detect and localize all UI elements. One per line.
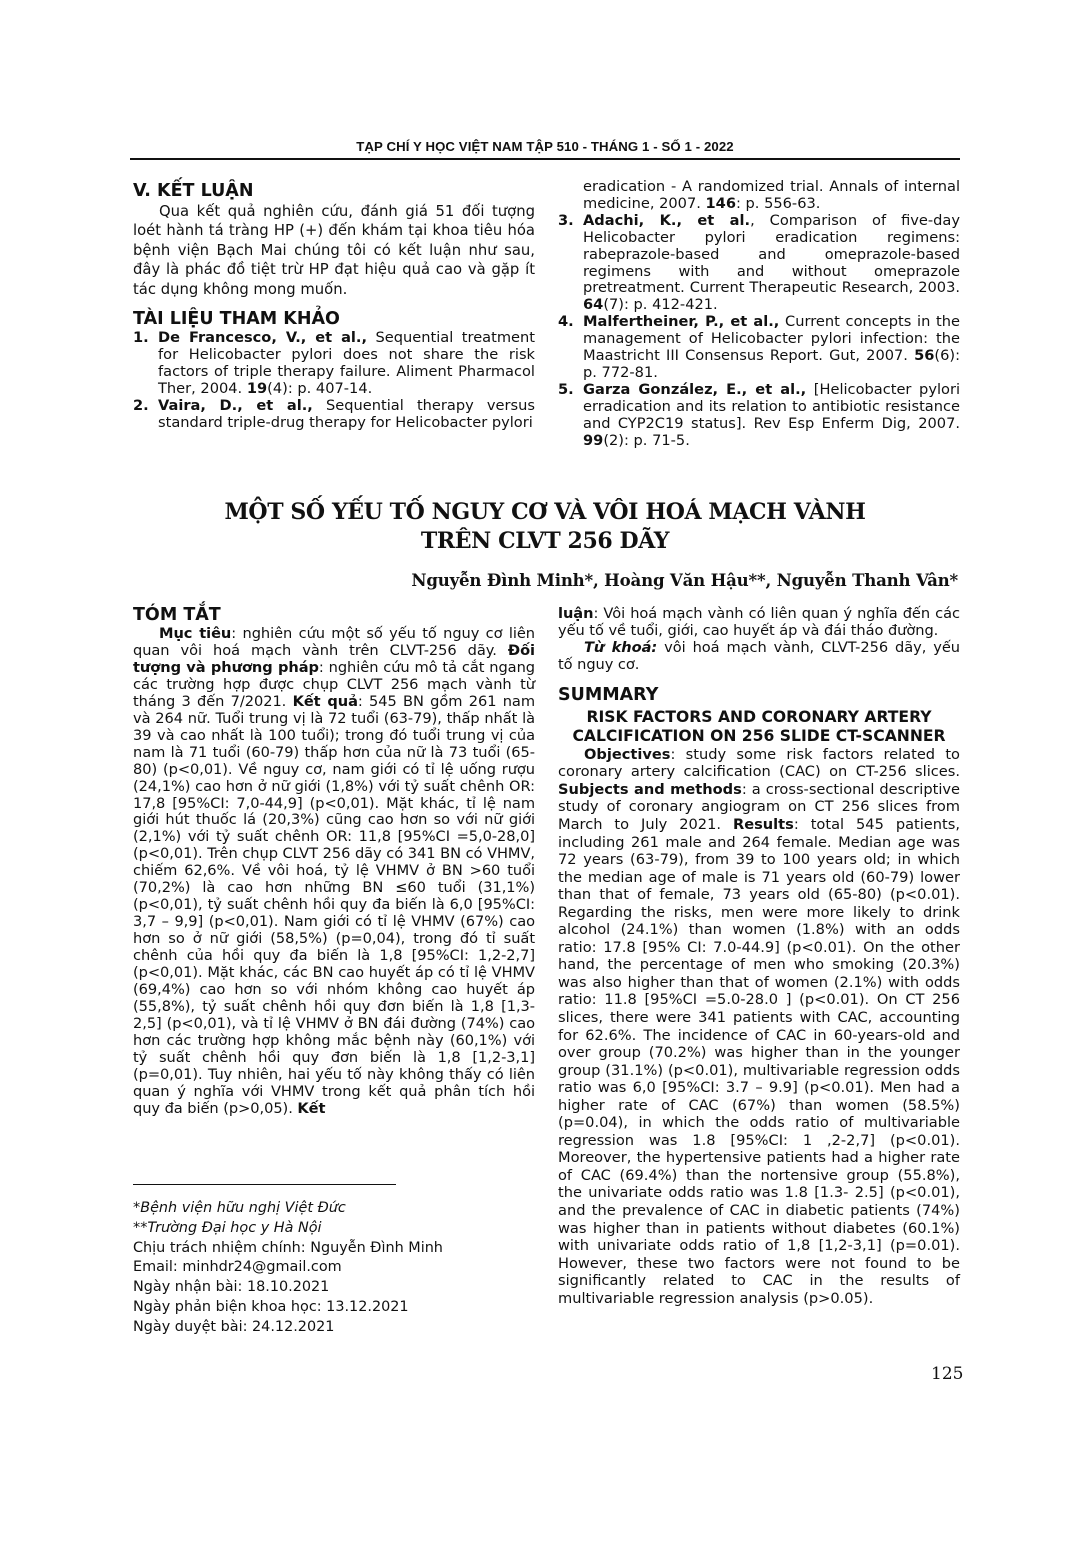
running-header: TẠP CHÍ Y HỌC VIỆT NAM TẬP 510 - THÁNG 1… <box>130 139 960 154</box>
summary-title: RISK FACTORS AND CORONARY ARTERY CALCIFI… <box>558 708 960 746</box>
summary-title-line1: RISK FACTORS AND CORONARY ARTERY <box>558 708 960 727</box>
references-heading: TÀI LIỆU THAM KHẢO <box>133 308 535 330</box>
reference-authors: Malfertheiner, P., et al., <box>583 313 779 330</box>
left-column-top: V. KẾT LUẬN Qua kết quả nghiên cứu, đánh… <box>133 180 535 431</box>
reference-pages: (7): p. 412-421. <box>603 296 717 313</box>
conclusion-heading: V. KẾT LUẬN <box>133 180 535 202</box>
reference-authors: Vaira, D., et al., <box>158 397 313 414</box>
reference-volume: 19 <box>247 380 267 397</box>
reference-volume: 146 <box>706 195 736 212</box>
results-label: Results <box>733 816 794 833</box>
corresponding-author: Chịu trách nhiệm chính: Nguyễn Đình Minh <box>133 1239 535 1259</box>
results-text: : total 545 patients, including 261 male… <box>558 816 960 1307</box>
reference-volume: 56 <box>914 347 934 364</box>
results-label: Kết quả <box>293 693 358 710</box>
affiliation-2: **Trường Đại học y Hà Nội <box>133 1219 535 1239</box>
footnote-rule <box>133 1184 396 1185</box>
conclusion-label: Kết <box>297 1100 325 1117</box>
references-list: 1.De Francesco, V., et al., Sequential t… <box>133 330 535 431</box>
reference-number: 5. <box>558 382 574 399</box>
article-title-line1: MỘT SỐ YẾU TỐ NGUY CƠ VÀ VÔI HOÁ MẠCH VÀ… <box>130 498 960 527</box>
reference-item: 5.Garza González, E., et al., [Helicobac… <box>558 382 960 450</box>
header-rule <box>130 158 960 160</box>
reference-number: 3. <box>558 213 574 230</box>
references-list-continued: 3.Adachi, K., et al., Comparison of five… <box>558 213 960 450</box>
reference-number: 1. <box>133 330 149 347</box>
accepted-date: Ngày duyệt bài: 24.12.2021 <box>133 1318 535 1338</box>
review-date: Ngày phản biện khoa học: 13.12.2021 <box>133 1298 535 1318</box>
abstract-vi-conclusion: luận: Vôi hoá mạch vành có liên quan ý n… <box>558 606 960 640</box>
abstract-vi-body: Mục tiêu: nghiên cứu một số yếu tố nguy … <box>133 626 535 1118</box>
reference-item: 2.Vaira, D., et al., Sequential therapy … <box>133 398 535 432</box>
received-date: Ngày nhận bài: 18.10.2021 <box>133 1278 535 1298</box>
left-column-bottom: TÓM TẮT Mục tiêu: nghiên cứu một số yếu … <box>133 604 535 1338</box>
reference-pages: (2): p. 71-5. <box>603 432 690 449</box>
reference-authors: Adachi, K., et al. <box>583 212 750 229</box>
keywords: Từ khoá: vôi hoá mạch vành, CLVT-256 dãy… <box>558 640 960 674</box>
right-column-bottom: luận: Vôi hoá mạch vành có liên quan ý n… <box>558 606 960 1307</box>
author-email: Email: minhdr24@gmail.com <box>133 1258 535 1278</box>
reference-volume: 64 <box>583 296 603 313</box>
methods-label: Subjects and methods <box>558 781 742 798</box>
summary-title-line2: CALCIFICATION ON 256 SLIDE CT-SCANNER <box>558 727 960 746</box>
reference-authors: Garza González, E., et al., <box>583 381 806 398</box>
article-title: MỘT SỐ YẾU TỐ NGUY CƠ VÀ VÔI HOÁ MẠCH VÀ… <box>130 498 960 556</box>
reference-authors: De Francesco, V., et al., <box>158 329 367 346</box>
article-title-line2: TRÊN CLVT 256 DÃY <box>130 527 960 556</box>
keywords-label: Từ khoá: <box>584 639 657 656</box>
reference-volume: 99 <box>583 432 603 449</box>
right-column-top: eradication - A randomized trial. Annals… <box>558 179 960 450</box>
conclusion-text: Qua kết quả nghiên cứu, đánh giá 51 đối … <box>133 202 535 299</box>
summary-body: Objectives: study some risk factors rela… <box>558 746 960 1308</box>
article-authors: Nguyễn Đình Minh*, Hoàng Văn Hậu**, Nguy… <box>411 570 958 590</box>
page-number: 125 <box>931 1364 963 1384</box>
affiliation-1: *Bệnh viện hữu nghị Việt Đức <box>133 1199 535 1219</box>
conclusion-text: : Vôi hoá mạch vành có liên quan ý nghĩa… <box>558 605 960 639</box>
objectives-label: Objectives <box>584 746 670 763</box>
reference-number: 2. <box>133 398 149 415</box>
reference-continuation: eradication - A randomized trial. Annals… <box>558 179 960 213</box>
summary-heading: SUMMARY <box>558 684 960 706</box>
reference-item: 1.De Francesco, V., et al., Sequential t… <box>133 330 535 398</box>
reference-number: 4. <box>558 314 574 331</box>
results-text: : 545 BN gồm 261 nam và 264 nữ. Tuổi tru… <box>133 693 535 1117</box>
conclusion-label: luận <box>558 605 593 622</box>
objective-label: Mục tiêu <box>159 625 231 642</box>
reference-pages: : p. 556-63. <box>736 195 820 212</box>
abstract-vi-heading: TÓM TẮT <box>133 604 535 626</box>
reference-pages: (4): p. 407-14. <box>267 380 372 397</box>
reference-item: 3.Adachi, K., et al., Comparison of five… <box>558 213 960 314</box>
reference-item: 4.Malfertheiner, P., et al., Current con… <box>558 314 960 382</box>
